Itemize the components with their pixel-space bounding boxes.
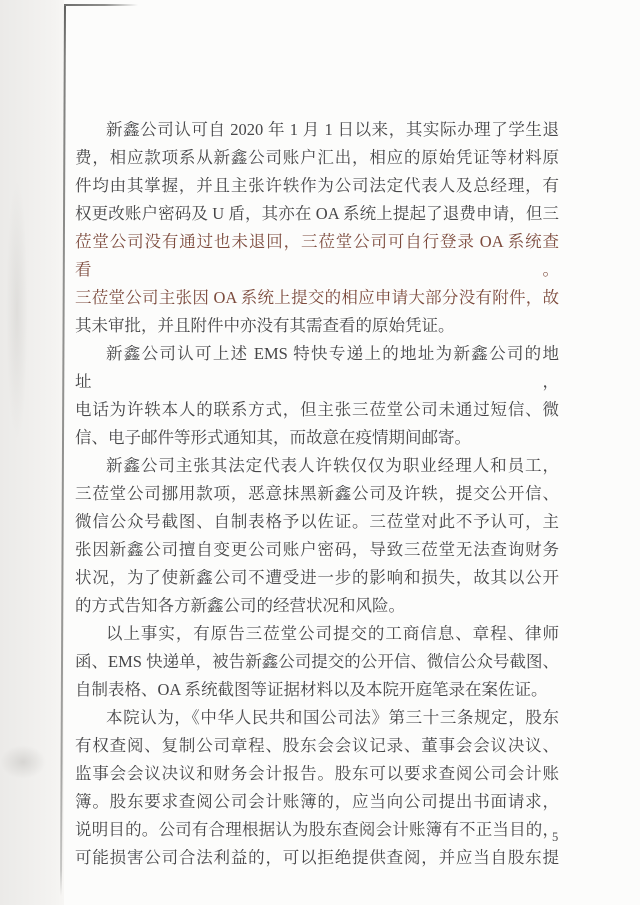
text-line: 本院认为，《中华人民共和国公司法》第三十三条规定，股东 <box>75 704 559 732</box>
text-line: 张因新鑫公司擅自变更公司账户密码，导致三莅堂无法查询财务 <box>75 536 559 564</box>
text-line: 可能损害公司合法利益的，可以拒绝提供查阅，并应当自股东提 <box>75 844 559 872</box>
text-line: 电话为许轶本人的联系方式，但主张三莅堂公司未通过短信、微 <box>75 396 559 424</box>
scan-smudge <box>0 745 46 779</box>
text-line: 其未审批，并且附件中亦没有其需查看的原始凭证。 <box>75 312 559 340</box>
text-line: 新鑫公司主张其法定代表人许轶仅仅为职业经理人和员工， <box>75 452 559 480</box>
text-line: 莅堂公司没有通过也未退回，三莅堂公司可自行登录 OA 系统查看。 <box>75 228 559 284</box>
scanner-background-strip <box>0 0 64 905</box>
text-line: 件均由其掌握，并且主张许轶作为公司法定代表人及总经理，有 <box>75 172 559 200</box>
scan-smudge <box>6 180 28 440</box>
document-text: 新鑫公司认可自 2020 年 1 月 1 日以来，其实际办理了学生退费，相应款项… <box>75 116 559 872</box>
text-line: 微信公众号截图、自制表格予以佐证。三莅堂对此不予认可，主 <box>75 508 559 536</box>
text-line: 权更改账户密码及 U 盾，其亦在 OA 系统上提起了退费申请，但三 <box>75 200 559 228</box>
text-line: 三莅堂公司挪用款项，恶意抹黑新鑫公司及许轶，提交公开信、 <box>75 480 559 508</box>
scanned-court-document: { "colors": { "page-bg": "#fcfcfb", "ink… <box>0 0 640 905</box>
text-line: 状况，为了使新鑫公司不遭受进一步的影响和损失，故其以公开 <box>75 564 559 592</box>
page-number: 5 <box>552 830 559 845</box>
text-line: 信、电子邮件等形式通知其，而故意在疫情期间邮寄。 <box>75 424 559 452</box>
text-line: 簿。股东要求查阅公司会计账簿的，应当向公司提出书面请求， <box>75 788 559 816</box>
text-line: 监事会会议决议和财务会计报告。股东可以要求查阅公司会计账 <box>75 760 559 788</box>
text-line: 以上事实，有原告三莅堂公司提交的工商信息、章程、律师 <box>75 620 559 648</box>
text-line: 的方式告知各方新鑫公司的经营状况和风险。 <box>75 592 559 620</box>
text-line: 新鑫公司认可上述 EMS 特快专递上的地址为新鑫公司的地址， <box>75 340 559 396</box>
page-top-edge-line <box>64 4 138 6</box>
text-line: 费，相应款项系从新鑫公司账户汇出，相应的原始凭证等材料原 <box>75 144 559 172</box>
text-line: 新鑫公司认可自 2020 年 1 月 1 日以来，其实际办理了学生退 <box>75 116 559 144</box>
text-line: 三莅堂公司主张因 OA 系统上提交的相应申请大部分没有附件，故 <box>75 284 559 312</box>
text-line: 说明目的。公司有合理根据认为股东查阅会计账簿有不正当目的， <box>75 816 559 844</box>
text-line: 自制表格、OA 系统截图等证据材料以及本院开庭笔录在案佐证。 <box>75 676 559 704</box>
text-line: 有权查阅、复制公司章程、股东会会议记录、董事会会议决议、 <box>75 732 559 760</box>
text-line: 函、EMS 快递单，被告新鑫公司提交的公开信、微信公众号截图、 <box>75 648 559 676</box>
